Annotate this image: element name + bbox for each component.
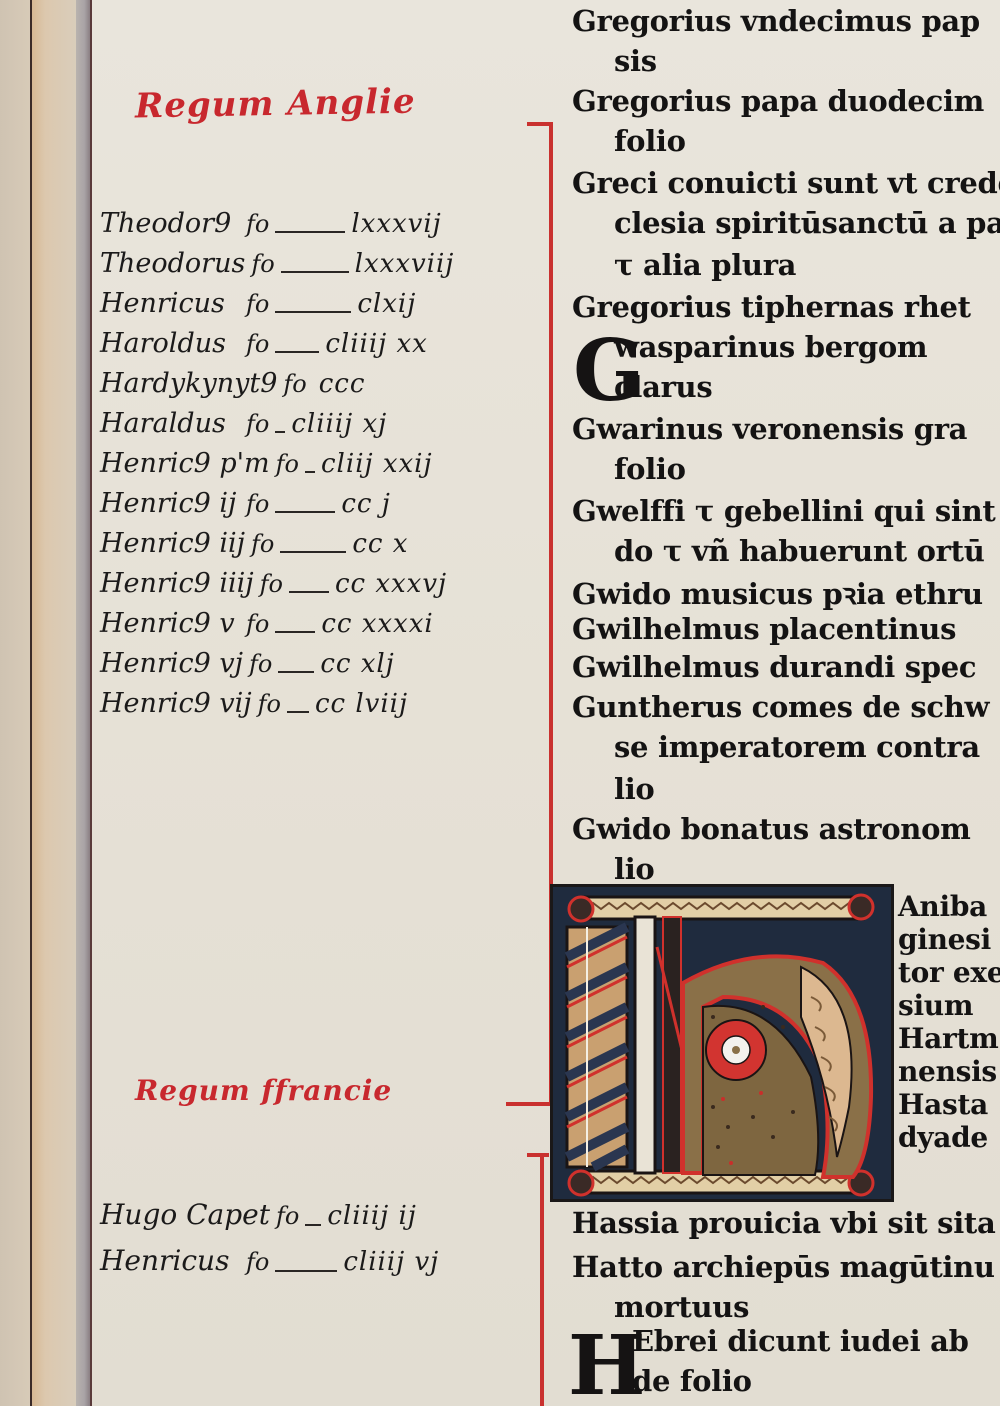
king-name: Henric9 ij [100, 488, 240, 519]
king-entry: Theodorusfolxxxviij [100, 248, 530, 288]
king-name: Henric9 iiij [100, 568, 254, 599]
folio-abbrev: fo [246, 610, 269, 638]
leader-dash [275, 1270, 337, 1272]
printed-initial-side-line: Hartm [898, 1022, 1000, 1055]
printed-index-line: Gwido bonatus astronom [572, 812, 971, 846]
illuminated-initial-h-artwork [553, 887, 891, 1199]
leader-dash [287, 711, 309, 713]
printed-index-line: folio [572, 452, 686, 486]
printed-line-de-folio: de folio [632, 1364, 752, 1398]
printed-index-line: Gwilhelmus placentinus [572, 612, 956, 646]
printed-initial-side-line: nensis [898, 1055, 1000, 1088]
king-entry: Henricusfocliiij vj [100, 1244, 530, 1290]
king-name: Hugo Capet [100, 1198, 270, 1231]
printed-index-line: lio [572, 852, 654, 886]
king-name: Haraldus [100, 408, 240, 439]
leader-dash [305, 471, 315, 473]
king-entry: Henric9 ijfocc j [100, 488, 530, 528]
printed-index-line: Guntherus comes de schw [572, 690, 989, 724]
folio-abbrev: fo [276, 450, 299, 478]
folio-abbrev: fo [246, 490, 269, 518]
printed-line-hebrei: Ebrei dicunt iudei ab [632, 1324, 969, 1358]
folio-number: cc xxxxi [321, 609, 433, 639]
king-name: Henric9 p'm [100, 448, 270, 479]
printed-initial-side-line: sium [898, 989, 1000, 1022]
printed-initial-side-line: Hasta [898, 1088, 1000, 1121]
leader-dash [305, 1224, 321, 1226]
folio-number: lxxxviij [355, 249, 455, 279]
folio-abbrev: fo [258, 690, 281, 718]
king-entry: Hardykynyt9foccc [100, 368, 530, 408]
initial-letter-g: G [573, 332, 639, 410]
rubric-heading-regum-francie: Regum ffrancie [135, 1074, 392, 1107]
red-bracket-lower-tick [527, 1153, 549, 1157]
printed-index-line: lio [572, 772, 654, 806]
king-entry: Henric9 iijfocc x [100, 528, 530, 568]
printed-index-line: folio [572, 124, 686, 158]
folio-abbrev: fo [276, 1202, 299, 1230]
folio-number: cliij xxij [321, 449, 433, 479]
folio-number: cliiij xj [291, 409, 387, 439]
king-entry: Henric9 p'mfocliij xxij [100, 448, 530, 488]
printed-index-line: clesia spiritūsanctū a patr [572, 206, 1000, 240]
folio-number: lxxxvij [351, 209, 441, 239]
initial-letter-h: H [568, 1326, 628, 1406]
folio-abbrev: fo [251, 250, 274, 278]
king-entry: Henricusfoclxij [100, 288, 530, 328]
illuminated-initial-h [550, 884, 894, 1202]
leader-dash [275, 511, 335, 513]
printed-index-line: sis [572, 44, 657, 78]
leader-dash [289, 591, 329, 593]
folio-number: ccc [319, 369, 366, 399]
binding-outer-margin [0, 0, 32, 1406]
printed-index-line: do τ vñ habuerunt ortū [572, 534, 985, 568]
folio-abbrev: fo [249, 650, 272, 678]
king-entry: Henric9 vijfocc lviij [100, 688, 530, 728]
folio-number: clxij [357, 289, 416, 319]
leader-dash [281, 271, 349, 273]
king-entry: Henric9 iiijfocc xxxvj [100, 568, 530, 608]
printed-index-line: Gwido musicus pꝛia ethru [572, 574, 983, 613]
king-entry: Haroldusfocliiij xx [100, 328, 530, 368]
king-entry: Henric9 vjfocc xlj [100, 648, 530, 688]
king-name: Theodorus [100, 248, 245, 279]
printed-index-line: Gregorius vndecimus pap [572, 4, 980, 38]
printed-index-line: Gregorius tiphernas rhet [572, 290, 971, 324]
king-name: Henric9 iij [100, 528, 245, 559]
printed-initial-side-line: dyade [898, 1121, 1000, 1154]
printed-index-line: Greci conuicti sunt vt crede [572, 166, 1000, 200]
printed-initial-side-line: Aniba [898, 890, 1000, 923]
printed-index-line: τ alia plura [572, 248, 796, 282]
folio-number: cc xlj [320, 649, 394, 679]
king-entry: Hugo Capetfocliiij ij [100, 1198, 530, 1244]
folio-abbrev: fo [246, 330, 269, 358]
printed-index-line: se imperatorem contra [572, 730, 980, 764]
printed-initial-side-line: ginesi [898, 923, 1000, 956]
king-name: Henric9 vj [100, 648, 243, 679]
folio-number: cliiij xx [325, 329, 427, 359]
king-name: Henric9 vij [100, 688, 252, 719]
king-name: Hardykynyt9 [100, 368, 277, 399]
folio-abbrev: fo [283, 370, 306, 398]
king-name: Henric9 v [100, 608, 240, 639]
printed-index-line: Gregorius papa duodecim [572, 84, 984, 118]
leader-dash [278, 671, 314, 673]
printed-index-line: Hatto archiepūs magūtinu [572, 1250, 995, 1284]
king-name: Theodor9 [100, 208, 240, 239]
printed-index-line: Hassia prouicia vbi sit sita [572, 1206, 996, 1240]
king-entry: Henric9 vfocc xxxxi [100, 608, 530, 648]
rubric-heading-regum-anglie: Regum Anglie [135, 82, 416, 127]
folio-abbrev: fo [246, 290, 269, 318]
leader-dash [275, 631, 315, 633]
text-beside-initial: Anibaginesitor exesiumHartmnensisHastady… [898, 890, 1000, 1154]
leader-dash [280, 551, 346, 553]
folio-number: cc xxxvj [335, 569, 447, 599]
folio-abbrev: fo [246, 210, 269, 238]
binding-strip [32, 0, 76, 1406]
folio-abbrev: fo [251, 530, 274, 558]
folio-abbrev: fo [246, 1248, 269, 1276]
king-name: Henricus [100, 1244, 240, 1277]
folio-abbrev: fo [246, 410, 269, 438]
printed-initial-side-line: tor exe [898, 956, 1000, 989]
leader-dash [275, 311, 351, 313]
folio-number: cc x [352, 529, 408, 559]
folio-number: cliiij ij [327, 1201, 417, 1231]
leader-dash [275, 431, 285, 433]
leader-dash [275, 231, 345, 233]
anglie-king-list: Theodor9folxxxvijTheodorusfolxxxviijHenr… [100, 208, 530, 728]
leader-dash [275, 351, 319, 353]
king-name: Haroldus [100, 328, 240, 359]
gutter-shadow [76, 0, 90, 1406]
folio-number: cc lviij [315, 689, 408, 719]
printed-index-line: Gwelffi τ gebellini qui sint [572, 494, 995, 528]
red-bracket-mid-tick [506, 1102, 553, 1106]
printed-index-line: Gwilhelmus durandi spec [572, 650, 976, 684]
king-entry: Haraldusfocliiij xj [100, 408, 530, 448]
king-entry: Theodor9folxxxvij [100, 208, 530, 248]
folio-number: cliiij vj [343, 1247, 439, 1277]
francie-king-list: Hugo Capetfocliiij ijHenricusfocliiij vj [100, 1198, 530, 1290]
folio-number: cc j [341, 489, 390, 519]
red-bracket-vertical-2 [540, 1153, 544, 1406]
folio-abbrev: fo [260, 570, 283, 598]
king-name: Henricus [100, 288, 240, 319]
